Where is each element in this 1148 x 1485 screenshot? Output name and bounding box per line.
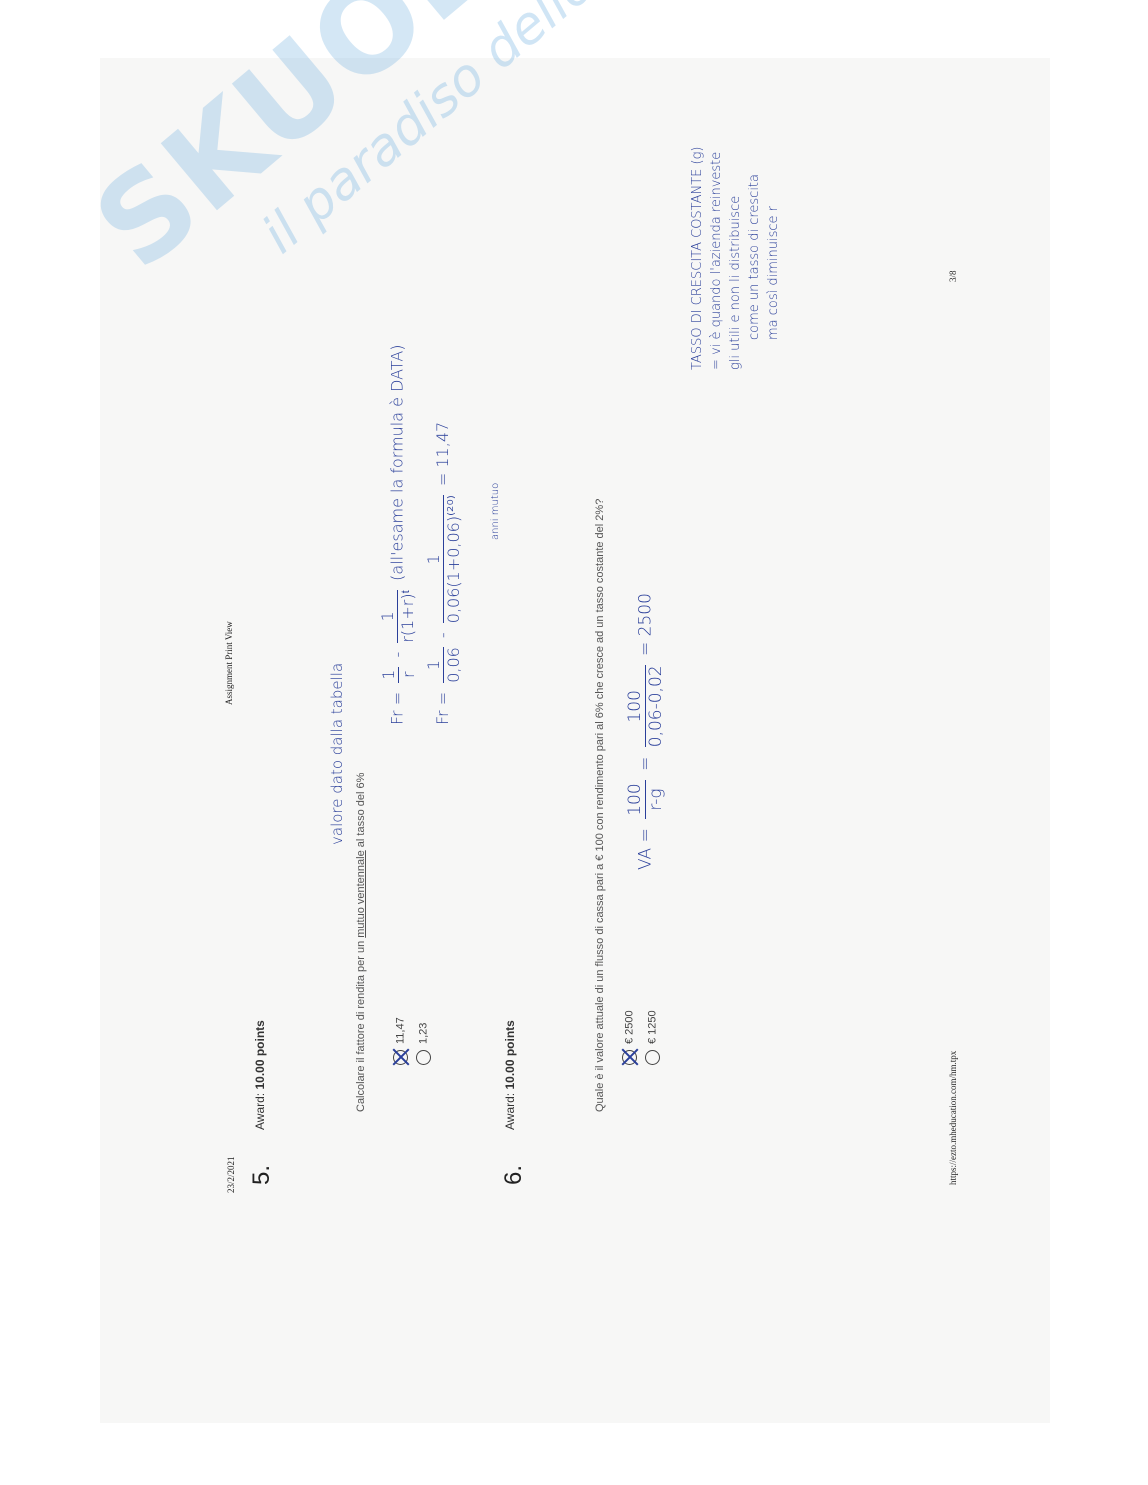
denominator: 0,06-0,02 xyxy=(646,665,666,747)
side-note-line: = vi è quando l'azienda reinveste xyxy=(707,147,726,370)
award-points: 10.00 points xyxy=(503,1020,517,1089)
radio-selected-icon[interactable] xyxy=(622,1050,637,1065)
fraction: 100r-g xyxy=(625,780,666,818)
footer-url: https://ezto.mheducation.com/hm.tpx xyxy=(948,1051,958,1185)
page-number: 3/8 xyxy=(948,270,958,282)
denominator: r-g xyxy=(646,780,666,818)
calculation-result: = 2500 xyxy=(636,593,656,656)
option-label: 11,47 xyxy=(394,1017,406,1044)
numerator: 1 xyxy=(424,495,444,623)
fraction: 10,06(1+0,06)⁽²⁰⁾ xyxy=(424,495,463,623)
numerator: 100 xyxy=(625,780,646,818)
question-number: 6. xyxy=(500,1165,528,1185)
print-date: 23/2/2021 xyxy=(226,1156,236,1193)
question-text: Quale è il valore attuale di un flusso d… xyxy=(594,499,606,1112)
handwritten-note: valore dato dalla tabella xyxy=(328,663,346,845)
denominator: r(1+r)ᵗ xyxy=(398,590,418,643)
side-note-line: gli utili e non li distribuisce xyxy=(726,147,745,370)
option-label: 1,23 xyxy=(417,1023,429,1044)
side-note-line: come un tasso di crescita xyxy=(745,147,764,370)
award-points: 10.00 points xyxy=(253,1020,267,1089)
fraction: 1r(1+r)ᵗ xyxy=(378,590,418,643)
question-text-part: Calcolare il fattore di rendita per un xyxy=(355,938,367,1112)
option-label: € 1250 xyxy=(646,1010,658,1044)
handwritten-calculation: Fr = 10,06 - 10,06(1+0,06)⁽²⁰⁾ = 11,47 xyxy=(424,422,463,725)
award-label: Award: 10.00 points xyxy=(503,1020,517,1130)
formula-comment: (all'esame la formula è DATA) xyxy=(388,344,407,580)
radio-selected-icon[interactable] xyxy=(393,1050,408,1065)
award-prefix: Award: xyxy=(503,1093,517,1130)
formula-part: Fr = xyxy=(388,692,407,725)
calculation-result: = 11,47 xyxy=(433,422,452,486)
denominator: 0,06 xyxy=(444,647,463,683)
handwritten-calculation: VA = 100r-g = 1000,06-0,02 = 2500 xyxy=(625,593,666,870)
denominator: 0,06(1+0,06)⁽²⁰⁾ xyxy=(444,495,463,623)
question-text: Calcolare il fattore di rendita per un m… xyxy=(355,773,367,1112)
print-title: Assignment Print View xyxy=(224,621,234,705)
handwritten-note: anni mutuo xyxy=(490,483,501,540)
question-text-underlined: mutuo ventennale xyxy=(355,850,367,937)
fraction: 10,06 xyxy=(424,647,463,683)
award-prefix: Award: xyxy=(253,1093,267,1130)
handwritten-side-note: TASSO DI CRESCITA COSTANTE (g) = vi è qu… xyxy=(688,147,783,370)
answer-option[interactable]: € 1250 xyxy=(645,1010,660,1065)
denominator: r xyxy=(399,667,418,683)
numerator: 100 xyxy=(625,665,646,747)
formula-part: VA = xyxy=(636,828,656,870)
answer-option[interactable]: 11,47 xyxy=(393,1017,408,1065)
handwritten-formula: Fr = 1r - 1r(1+r)ᵗ (all'esame la formula… xyxy=(378,344,418,725)
side-note-line: TASSO DI CRESCITA COSTANTE (g) xyxy=(688,147,707,370)
radio-icon[interactable] xyxy=(416,1050,431,1065)
fraction: 1000,06-0,02 xyxy=(625,665,666,747)
numerator: 1 xyxy=(424,647,444,683)
side-note-line: ma così diminuisce r xyxy=(764,147,783,370)
award-label: Award: 10.00 points xyxy=(253,1020,267,1130)
answer-option[interactable]: € 2500 xyxy=(622,1010,637,1065)
numerator: 1 xyxy=(378,590,398,643)
numerator: 1 xyxy=(379,667,399,683)
question-text-part: al tasso del 6% xyxy=(355,773,367,851)
answer-option[interactable]: 1,23 xyxy=(416,1023,431,1065)
fraction: 1r xyxy=(379,667,418,683)
radio-icon[interactable] xyxy=(645,1050,660,1065)
question-number: 5. xyxy=(248,1165,276,1185)
formula-part: Fr = xyxy=(433,692,452,725)
option-label: € 2500 xyxy=(623,1010,635,1044)
